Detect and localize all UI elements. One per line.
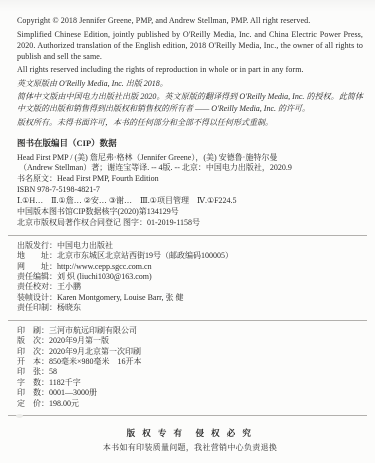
info-row-print-supervisor: 责任印制：杨晓东: [17, 303, 363, 313]
info-row-proofreader: 责任校对：王小鹏: [17, 282, 363, 292]
scan-smudge-artifact: [16, 414, 23, 418]
copyright-notice-footer: 版 权 专 有 侵 权 必 究 本书如有印装质量问题，我社营销中心负责退换: [17, 427, 363, 454]
info-value: 2020年9月北京第一次印刷: [49, 347, 141, 356]
info-label: 责任校对：: [17, 282, 57, 291]
info-label: 定 价：: [17, 399, 49, 408]
cip-classification-line: Ⅰ.①H… Ⅱ.①詹… ②安… ③谢… Ⅲ.①项目管理 Ⅳ.①F224.5: [17, 196, 363, 207]
info-row-printer: 印 刷：三河市航远印刷有限公司: [17, 326, 363, 336]
info-label: 印 刷：: [17, 326, 49, 335]
info-value: 0001—3000册: [49, 388, 97, 397]
info-row-word-count: 字 数：1182千字: [17, 378, 363, 388]
info-row-format: 开 本：850毫米×980毫米 16开本: [17, 357, 363, 367]
section-divider: [8, 320, 367, 321]
info-label: 印 张：: [17, 367, 49, 376]
info-label: 装帧设计：: [17, 293, 57, 302]
info-row-address: 地 址：北京市东城区北京站西街19号（邮政编码100005）: [17, 251, 363, 261]
info-label: 出版发行：: [17, 241, 57, 250]
copyright-page: Copyright © 2018 Jennifer Greene, PMP, a…: [0, 0, 375, 463]
info-label: 印 次：: [17, 347, 49, 356]
info-label: 字 数：: [17, 378, 49, 387]
chinese-copyright-section: 英文原版由 O'Reilly Media, Inc. 出版 2018。 简体中文…: [17, 78, 363, 129]
english-rights-paragraph: All rights reserved including the rights…: [17, 64, 363, 75]
info-value: 王小鹏: [57, 282, 81, 291]
info-label: 印 数：: [17, 388, 49, 397]
info-value: 刘 炽 (liuchi1030@163.com): [57, 272, 152, 281]
info-value: 中国电力出版社: [57, 241, 113, 250]
info-value: Karen Montgomery, Louise Barr, 张 健: [57, 293, 183, 302]
section-divider: [8, 415, 367, 416]
chinese-translation-license-paragraph: 简体中文版由中国电力出版社出版 2020。英文原版的翻译得到 O'Reilly …: [17, 91, 363, 115]
info-value: 北京市东城区北京站西街19号（邮政编码100005）: [57, 251, 233, 260]
info-row-publisher: 出版发行：中国电力出版社: [17, 241, 363, 251]
cip-translator-line: （Andrew Stellman）著；谢连宝等译. -- 4版. -- 北京：中…: [17, 163, 363, 174]
notice-title: 版 权 专 有 侵 权 必 究: [17, 427, 363, 439]
cip-record-number-line: 中国版本图书馆CIP数据核字(2020)第134129号: [17, 207, 363, 218]
info-value: 850毫米×980毫米 16开本: [49, 357, 142, 366]
info-label: 版 次：: [17, 336, 49, 345]
cip-data-section: 图书在版编目（CIP）数据 Head First PMP / (美) 詹尼弗·格…: [17, 137, 363, 229]
english-copyright-section: Copyright © 2018 Jennifer Greene, PMP, a…: [17, 15, 363, 75]
printing-info-section: 印 刷：三河市航远印刷有限公司 版 次：2020年9月第一版 印 次：2020年…: [17, 326, 363, 409]
info-label: 责任编辑：: [17, 272, 57, 281]
publisher-info-section: 出版发行：中国电力出版社 地 址：北京市东城区北京站西街19号（邮政编码1000…: [17, 241, 363, 314]
chinese-original-edition-paragraph: 英文原版由 O'Reilly Media, Inc. 出版 2018。: [17, 78, 363, 90]
info-label: 地 址：: [17, 251, 57, 260]
info-value: 1182千字: [49, 378, 81, 387]
info-value: 198.00元: [49, 399, 79, 408]
cip-contract-registration-line: 北京市版权局著作权合同登记 图字：01-2019-1158号: [17, 218, 363, 229]
info-row-sheets: 印 张：58: [17, 367, 363, 377]
english-edition-paragraph: Simplified Chinese Edition, jointly publ…: [17, 29, 363, 62]
info-row-edition: 版 次：2020年9月第一版: [17, 336, 363, 346]
info-label: 责任印制：: [17, 303, 57, 312]
info-row-website: 网 址：http://www.cepp.sgcc.com.cn: [17, 262, 363, 272]
info-row-print-run: 印 数：0001—3000册: [17, 388, 363, 398]
info-label: 网 址：: [17, 262, 57, 271]
info-row-impression: 印 次：2020年9月北京第一次印刷: [17, 347, 363, 357]
info-value: 杨晓东: [57, 303, 81, 312]
info-label: 开 本：: [17, 357, 49, 366]
info-row-designers: 装帧设计：Karen Montgomery, Louise Barr, 张 健: [17, 293, 363, 303]
info-row-price: 定 价：198.00元: [17, 399, 363, 409]
section-divider: [8, 235, 367, 236]
cip-isbn-line: ISBN 978-7-5198-4821-7: [17, 185, 363, 196]
info-value: 2020年9月第一版: [49, 336, 109, 345]
info-value: http://www.cepp.sgcc.com.cn: [57, 262, 152, 271]
cip-title-authors-line: Head First PMP / (美) 詹尼弗·格林（Jennifer Gre…: [17, 153, 363, 164]
notice-text: 本书如有印装质量问题，我社营销中心负责退换: [17, 442, 363, 453]
info-row-editor: 责任编辑：刘 炽 (liuchi1030@163.com): [17, 272, 363, 282]
cip-heading: 图书在版编目（CIP）数据: [17, 137, 363, 149]
info-value: 三河市航远印刷有限公司: [49, 326, 137, 335]
cip-original-title-line: 书名原文：Head First PMP, Fourth Edition: [17, 174, 363, 185]
chinese-rights-paragraph: 版权所有。未得书面许可，本书的任何部分和全部不得以任何形式重制。: [17, 117, 363, 129]
english-copyright-paragraph: Copyright © 2018 Jennifer Greene, PMP, a…: [17, 15, 363, 26]
info-value: 58: [49, 367, 57, 376]
